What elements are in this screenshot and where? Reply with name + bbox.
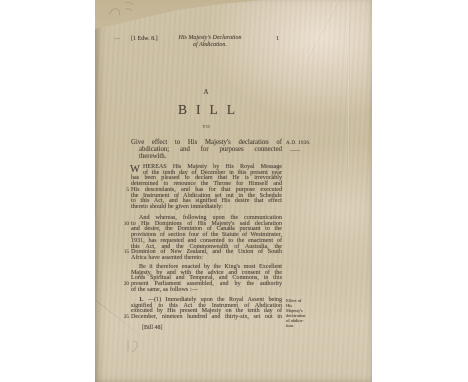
margin-note-line: tion.	[286, 324, 314, 329]
header-page-number: 1	[276, 36, 279, 43]
pencil-mark-icon	[124, 337, 144, 357]
preamble-paragraph-1: W HEREAS His Majesty by His Royal Messag…	[131, 165, 282, 211]
text-line: thereto should be given immediately:	[131, 205, 282, 211]
margin-year-rule	[290, 150, 300, 151]
margin-line-number: 25	[118, 315, 129, 321]
header-citation: [1 Edw. 8.]	[131, 36, 158, 43]
document-scan: — [1 Edw. 8.] His Majesty's Declaration …	[0, 0, 468, 382]
half-title-a: A	[131, 88, 282, 96]
margin-line-number: 20	[118, 282, 129, 288]
long-title: Give effect to His Majesty's declaration…	[131, 139, 282, 161]
running-title: His Majesty's Declaration of Abdication.	[160, 35, 260, 48]
header-left-dash: —	[114, 36, 120, 43]
margin-line-number: 5	[118, 188, 129, 194]
pencil-mark-icon	[106, 1, 138, 21]
footer-bill-number: [Bill 48]	[142, 325, 163, 331]
text-line: Africa have assented thereto:	[131, 256, 282, 262]
enacting-paragraph: Be it therefore enacted by the King's mo…	[131, 265, 282, 294]
margin-line-number: 10	[118, 222, 129, 228]
margin-line-number: 15	[118, 250, 129, 256]
clause-margin-note: Effect of His Majesty's declaration of a…	[286, 299, 314, 328]
long-title-line2: abdication; and for purposes connected	[131, 146, 282, 153]
bill-to: TO	[131, 124, 282, 129]
long-title-line3: therewith.	[131, 153, 282, 160]
paper-crease	[348, 0, 350, 170]
clause-1-paragraph: 1. —(1) Immediately upon the Royal Assen…	[131, 298, 282, 321]
bill-title: BILL	[131, 102, 282, 118]
text-line: 25 December, nineteen hundred and thirty…	[131, 315, 282, 321]
text-line: of the same, as follows :—	[131, 288, 282, 294]
running-title-line1: His Majesty's Declaration	[160, 35, 260, 42]
margin-year: A.D. 1936.	[286, 140, 311, 146]
preamble-paragraph-2: And whereas, following upon the communic…	[131, 216, 282, 262]
running-title-line2: of Abdication.	[160, 42, 260, 49]
